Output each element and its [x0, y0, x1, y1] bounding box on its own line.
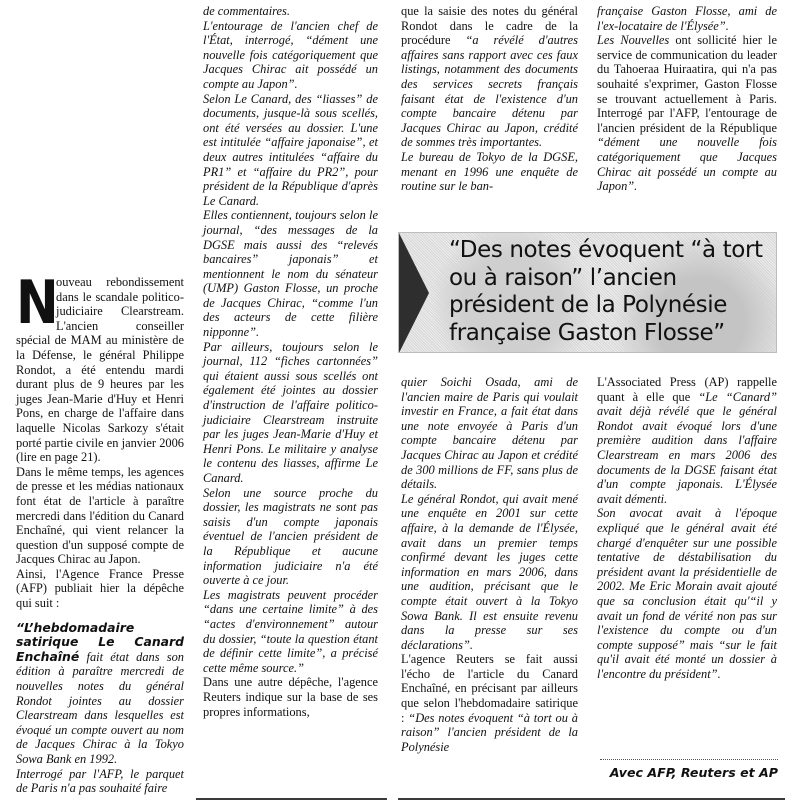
paragraph: Les magistrats peuvent procéder “dans un… — [203, 588, 378, 676]
pull-quote-box: “Des notes évoquent “à tort ou à raison”… — [398, 232, 777, 353]
article-column-3-top: que la saisie des notes du général Rondo… — [401, 4, 578, 194]
paragraph: Son avocat avait à l'époque expliqué que… — [597, 506, 777, 681]
paragraph: quier Soichi Osada, ami de l'ancien mair… — [401, 375, 578, 492]
article-column-2: de commentaires. L'entourage de l'ancien… — [203, 4, 378, 719]
drop-cap: N — [16, 277, 45, 333]
article-column-4-top: française Gaston Flosse, ami de l'ex-loc… — [597, 4, 777, 194]
article-column-4-bottom: L'Associated Press (AP) rappelle quant à… — [597, 375, 777, 681]
paragraph: Par ailleurs, toujours selon le journal,… — [203, 340, 378, 486]
paragraph: Dans une autre dépêche, l'agence Reuters… — [203, 675, 378, 719]
paragraph: Le général Rondot, qui avait mené une en… — [401, 492, 578, 653]
paragraph: Dans le même temps, les agences de press… — [16, 465, 184, 567]
paragraph: L'agence Reuters se fait aussi l'écho de… — [401, 652, 578, 754]
bottom-rule — [196, 798, 387, 800]
lead-paragraph: Nouveau rebondissement dans le scandale … — [16, 275, 184, 465]
article-column-3-bottom: quier Soichi Osada, ami de l'ancien mair… — [401, 375, 578, 754]
arrow-icon — [399, 233, 429, 353]
bottom-rule — [398, 798, 785, 800]
paragraph: L'Associated Press (AP) rappelle quant à… — [597, 375, 777, 506]
pull-quote-text: “Des notes évoquent “à tort ou à raison”… — [449, 237, 774, 347]
paragraph: Le bureau de Tokyo de la DGSE, menant en… — [401, 150, 578, 194]
paragraph: Les Nouvelles ont sollicité hier le serv… — [597, 33, 777, 194]
paragraph: française Gaston Flosse, ami de l'ex-loc… — [597, 4, 777, 33]
paragraph: Ainsi, l'Agence France Presse (AFP) publ… — [16, 567, 184, 611]
dotted-divider — [600, 759, 778, 760]
paragraph: Selon Le Canard, des “liasses” de docume… — [203, 92, 378, 209]
paragraph: Interrogé par l'AFP, le parquet de Paris… — [16, 767, 184, 796]
quoted-dispatch: “L’hebdomadaire satirique Le Canard Ench… — [16, 621, 184, 767]
paragraph: de commentaires. — [203, 4, 378, 19]
paragraph: Elles contiennent, toujours selon le jou… — [203, 208, 378, 339]
article-column-1: Nouveau rebondissement dans le scandale … — [16, 275, 184, 796]
source-credit: Avec AFP, Reuters et AP — [600, 765, 778, 780]
paragraph: Selon une source proche du dossier, les … — [203, 486, 378, 588]
paragraph: L'entourage de l'ancien chef de l'État, … — [203, 19, 378, 92]
paragraph: que la saisie des notes du général Rondo… — [401, 4, 578, 150]
